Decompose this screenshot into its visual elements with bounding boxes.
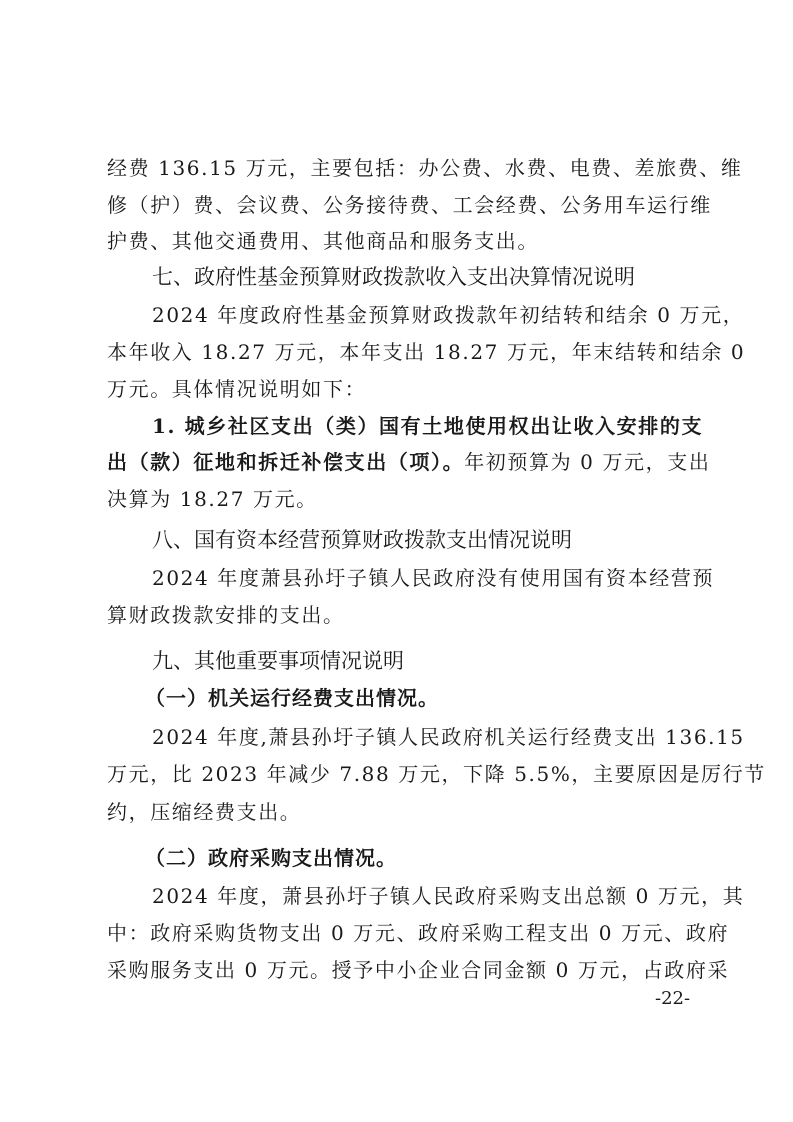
body-text-line: 万元。具体情况说明如下： xyxy=(107,376,693,402)
body-text-line: 修（护）费、会议费、公务接待费、工会经费、公务用车运行维 xyxy=(107,192,693,218)
document-page: 经费 136.15 万元，主要包括：办公费、水费、电费、差旅费、维 修（护）费、… xyxy=(0,0,793,1122)
section-heading-9: 九、其他重要事项情况说明 xyxy=(152,648,693,674)
body-text-line: 经费 136.15 万元，主要包括：办公费、水费、电费、差旅费、维 xyxy=(107,155,693,181)
body-text-line: 决算为 18.27 万元。 xyxy=(107,486,693,512)
body-text-line: 万元，比 2023 年减少 7.88 万元，下降 5.5%，主要原因是厉行节 xyxy=(107,761,693,787)
body-text-line: 2024 年度,萧县孙圩子镇人民政府机关运行经费支出 136.15 xyxy=(152,724,693,750)
body-text-line: 采购服务支出 0 万元。授予中小企业合同金额 0 万元，占政府采 xyxy=(107,957,693,983)
body-text-line: 2024 年度政府性基金预算财政拨款年初结转和结余 0 万元， xyxy=(152,302,693,328)
body-text-line: 本年收入 18.27 万元，本年支出 18.27 万元，年末结转和结余 0 xyxy=(107,339,693,365)
item-line-2: 出（款）征地和拆迁补偿支出（项）。 年初预算为 0 万元，支出 xyxy=(107,449,693,475)
page-number: -22- xyxy=(655,988,690,1009)
subsection-heading-2: （二）政府采购支出情况。 xyxy=(145,845,731,871)
body-text-line: 约，压缩经费支出。 xyxy=(107,799,693,825)
body-text-line: 算财政拨款安排的支出。 xyxy=(107,602,693,628)
subsection-heading-1: （一）机关运行经费支出情况。 xyxy=(145,685,731,711)
body-text-line: 2024 年度，萧县孙圩子镇人民政府采购支出总额 0 万元，其 xyxy=(152,883,693,909)
body-text-line: 2024 年度萧县孙圩子镇人民政府没有使用国有资本经营预 xyxy=(152,565,693,591)
item-heading-1-cont: 出（款）征地和拆迁补偿支出（项）。 xyxy=(107,449,464,475)
section-heading-8: 八、国有资本经营预算财政拨款支出情况说明 xyxy=(152,527,693,553)
body-text-line: 中：政府采购货物支出 0 万元、政府采购工程支出 0 万元、政府 xyxy=(107,920,693,946)
body-text-line: 护费、其他交通费用、其他商品和服务支出。 xyxy=(107,228,693,254)
item-text: 年初预算为 0 万元，支出 xyxy=(464,449,710,475)
section-heading-7: 七、政府性基金预算财政拨款收入支出决算情况说明 xyxy=(152,264,693,290)
item-heading-1: 1. 城乡社区支出（类）国有土地使用权出让收入安排的支 xyxy=(152,413,693,439)
